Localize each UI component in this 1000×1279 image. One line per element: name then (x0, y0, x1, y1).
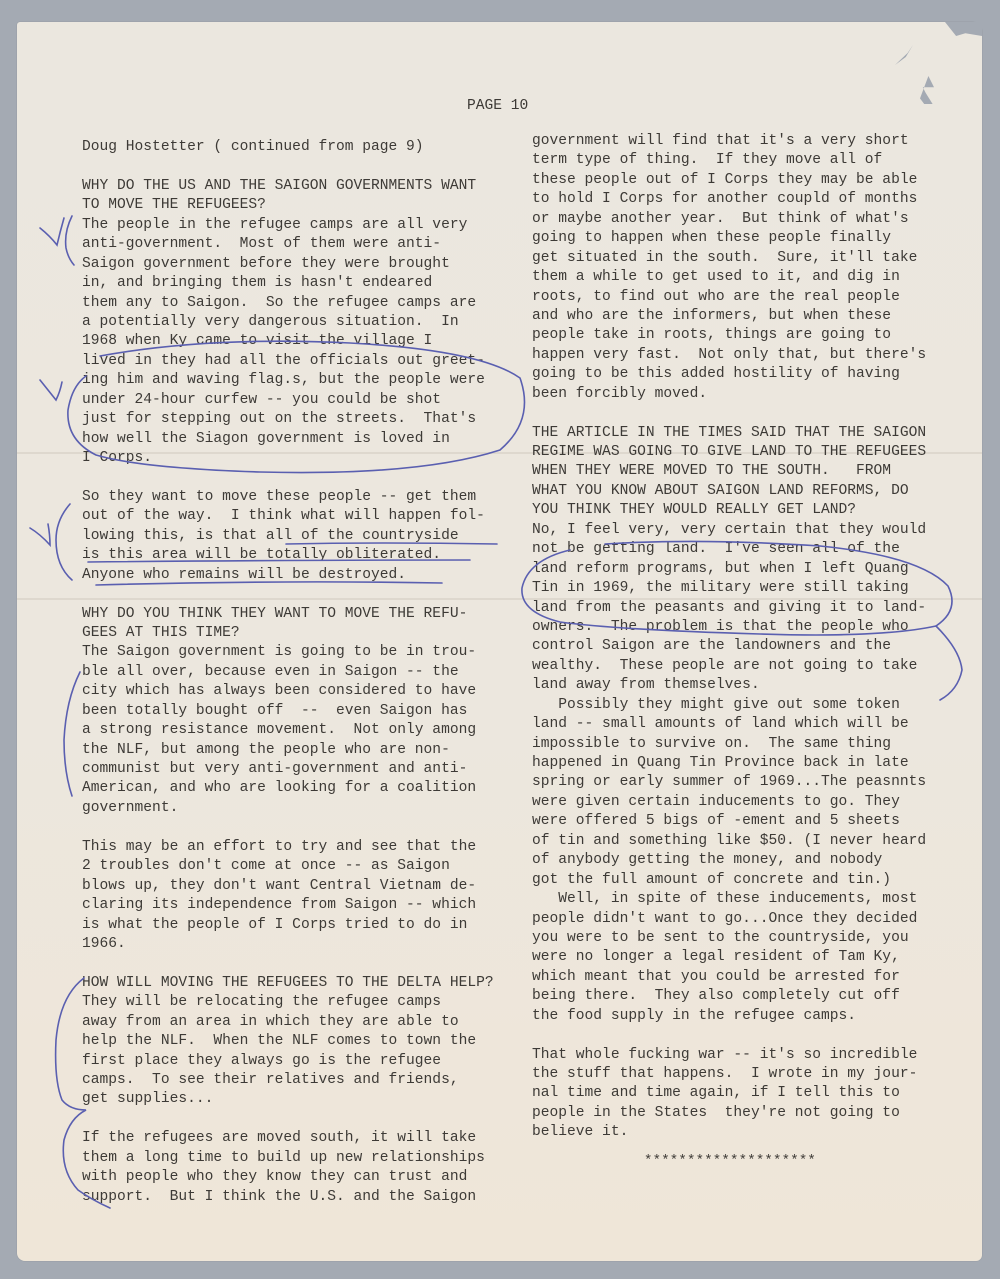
text-line: camps. To see their relatives and friend… (82, 1071, 494, 1090)
text-line: The people in the refugee camps are all … (82, 216, 494, 235)
text-line: 1968 when Ky came to visit the village I (82, 332, 494, 351)
text-line: Tin in 1969, the military were still tak… (532, 579, 926, 598)
text-line: WHAT YOU KNOW ABOUT SAIGON LAND REFORMS,… (532, 482, 926, 501)
paragraph-gap (532, 404, 926, 423)
text-line: being there. They also completely cut of… (532, 987, 926, 1006)
text-line: out of the way. I think what will happen… (82, 507, 494, 526)
text-line: away from an area in which they are able… (82, 1013, 494, 1032)
text-line: WHY DO THE US AND THE SAIGON GOVERNMENTS… (82, 177, 494, 196)
text-line: owners. The problem is that the people w… (532, 618, 926, 637)
text-line: Doug Hostetter ( continued from page 9) (82, 138, 494, 157)
text-line: TO MOVE THE REFUGEES? (82, 196, 494, 215)
text-line: were offered 5 bigs of -ement and 5 shee… (532, 812, 926, 831)
paragraph-gap (82, 1110, 494, 1129)
text-line: REGIME WAS GOING TO GIVE LAND TO THE REF… (532, 443, 926, 462)
text-line: lowing this, is that all of the countrys… (82, 527, 494, 546)
text-line: and who are the informers, but when thes… (532, 307, 926, 326)
text-line: term type of thing. If they move all of (532, 151, 926, 170)
text-line: wealthy. These people are not going to t… (532, 657, 926, 676)
text-line: This may be an effort to try and see tha… (82, 838, 494, 857)
text-line: is what the people of I Corps tried to d… (82, 916, 494, 935)
text-line: GEES AT THIS TIME? (82, 624, 494, 643)
section-separator: ******************** (644, 1152, 816, 1171)
paragraph-gap (82, 157, 494, 176)
text-line: Possibly they might give out some token (532, 696, 926, 715)
text-line: WHEN THEY WERE MOVED TO THE SOUTH. FROM (532, 462, 926, 481)
text-line: ing him and waving flag.s, but the peopl… (82, 371, 494, 390)
text-line: get supplies... (82, 1090, 494, 1109)
text-line: to hold I Corps for another coupld of mo… (532, 190, 926, 209)
text-line: government will find that it's a very sh… (532, 132, 926, 151)
text-line: with people who they know they can trust… (82, 1168, 494, 1187)
text-line: is this area will be totally obliterated… (82, 546, 494, 565)
text-line: been totally bought off -- even Saigon h… (82, 702, 494, 721)
text-line: of anybody getting the money, and nobody (532, 851, 926, 870)
text-line: them a long time to build up new relatio… (82, 1149, 494, 1168)
paragraph-gap (82, 954, 494, 973)
text-line: people in the States they're not going t… (532, 1104, 926, 1123)
text-line: them any to Saigon. So the refugee camps… (82, 294, 494, 313)
text-line: WHY DO YOU THINK THEY WANT TO MOVE THE R… (82, 605, 494, 624)
paragraph-gap (82, 585, 494, 604)
text-line: land -- small amounts of land which will… (532, 715, 926, 734)
paragraph-gap (532, 1026, 926, 1045)
text-line: help the NLF. When the NLF comes to town… (82, 1032, 494, 1051)
text-line: these people out of I Corps they may be … (532, 171, 926, 190)
text-line: first place they always go is the refuge… (82, 1052, 494, 1071)
text-line: land away from themselves. (532, 676, 926, 695)
text-line: which meant that you could be arrested f… (532, 968, 926, 987)
text-line: were no longer a legal resident of Tam K… (532, 948, 926, 967)
text-line: claring its independence from Saigon -- … (82, 896, 494, 915)
right-column-text: government will find that it's a very sh… (532, 132, 926, 1143)
text-line: get situated in the south. Sure, it'll t… (532, 249, 926, 268)
text-line: 1966. (82, 935, 494, 954)
text-line: That whole fucking war -- it's so incred… (532, 1046, 926, 1065)
text-line: happen very fast. Not only that, but the… (532, 346, 926, 365)
text-line: So they want to move these people -- get… (82, 488, 494, 507)
text-line: got the full amount of concrete and tin.… (532, 871, 926, 890)
text-line: No, I feel very, very certain that they … (532, 521, 926, 540)
text-line: impossible to survive on. The same thing (532, 735, 926, 754)
text-line: believe it. (532, 1123, 926, 1142)
text-line: Well, in spite of these inducements, mos… (532, 890, 926, 909)
text-line: Anyone who remains will be destroyed. (82, 566, 494, 585)
text-line: government. (82, 799, 494, 818)
text-line: anti-government. Most of them were anti- (82, 235, 494, 254)
text-line: the food supply in the refugee camps. (532, 1007, 926, 1026)
text-line: They will be relocating the refugee camp… (82, 993, 494, 1012)
text-line: under 24-hour curfew -- you could be sho… (82, 391, 494, 410)
text-line: or maybe another year. But think of what… (532, 210, 926, 229)
text-line: going to happen when these people finall… (532, 229, 926, 248)
text-line: ble all over, because even in Saigon -- … (82, 663, 494, 682)
text-line: HOW WILL MOVING THE REFUGEES TO THE DELT… (82, 974, 494, 993)
text-line: the stuff that happens. I wrote in my jo… (532, 1065, 926, 1084)
text-line: happened in Quang Tin Province back in l… (532, 754, 926, 773)
paragraph-gap (82, 818, 494, 837)
text-line: control Saigon are the landowners and th… (532, 637, 926, 656)
text-line: 2 troubles don't come at once -- as Saig… (82, 857, 494, 876)
paragraph-gap (82, 468, 494, 487)
left-column-text: Doug Hostetter ( continued from page 9)W… (82, 138, 494, 1207)
text-line: YOU THINK THEY WOULD REALLY GET LAND? (532, 501, 926, 520)
text-line: people didn't want to go...Once they dec… (532, 910, 926, 929)
text-line: Saigon government before they were broug… (82, 255, 494, 274)
text-line: support. But I think the U.S. and the Sa… (82, 1188, 494, 1207)
text-line: land reform programs, but when I left Qu… (532, 560, 926, 579)
text-line: I Corps. (82, 449, 494, 468)
text-line: lived in they had all the officials out … (82, 352, 494, 371)
text-line: were given certain inducements to go. Th… (532, 793, 926, 812)
text-line: how well the Siagon government is loved … (82, 430, 494, 449)
text-line: spring or early summer of 1969...The pea… (532, 773, 926, 792)
text-line: nal time and time again, if I tell this … (532, 1084, 926, 1103)
text-line: blows up, they don't want Central Vietna… (82, 877, 494, 896)
text-line: in, and bringing them is hasn't endeared (82, 274, 494, 293)
text-line: going to be this added hostility of havi… (532, 365, 926, 384)
text-line: a strong resistance movement. Not only a… (82, 721, 494, 740)
text-line: just for stepping out on the streets. Th… (82, 410, 494, 429)
text-line: If the refugees are moved south, it will… (82, 1129, 494, 1148)
text-line: communist but very anti-government and a… (82, 760, 494, 779)
text-line: the NLF, but among the people who are no… (82, 741, 494, 760)
text-line: been forcibly moved. (532, 385, 926, 404)
text-line: land from the peasants and giving it to … (532, 599, 926, 618)
text-line: of tin and something like $50. (I never … (532, 832, 926, 851)
text-line: roots, to find out who are the real peop… (532, 288, 926, 307)
text-line: you were to be sent to the countryside, … (532, 929, 926, 948)
page-number: PAGE 10 (467, 97, 528, 116)
text-line: people take in roots, things are going t… (532, 326, 926, 345)
text-line: American, and who are looking for a coal… (82, 779, 494, 798)
text-line: The Saigon government is going to be in … (82, 643, 494, 662)
text-line: THE ARTICLE IN THE TIMES SAID THAT THE S… (532, 424, 926, 443)
text-line: them a while to get used to it, and dig … (532, 268, 926, 287)
text-line: a potentially very dangerous situation. … (82, 313, 494, 332)
text-line: not be getting land. I've seen all of th… (532, 540, 926, 559)
text-line: city which has always been considered to… (82, 682, 494, 701)
